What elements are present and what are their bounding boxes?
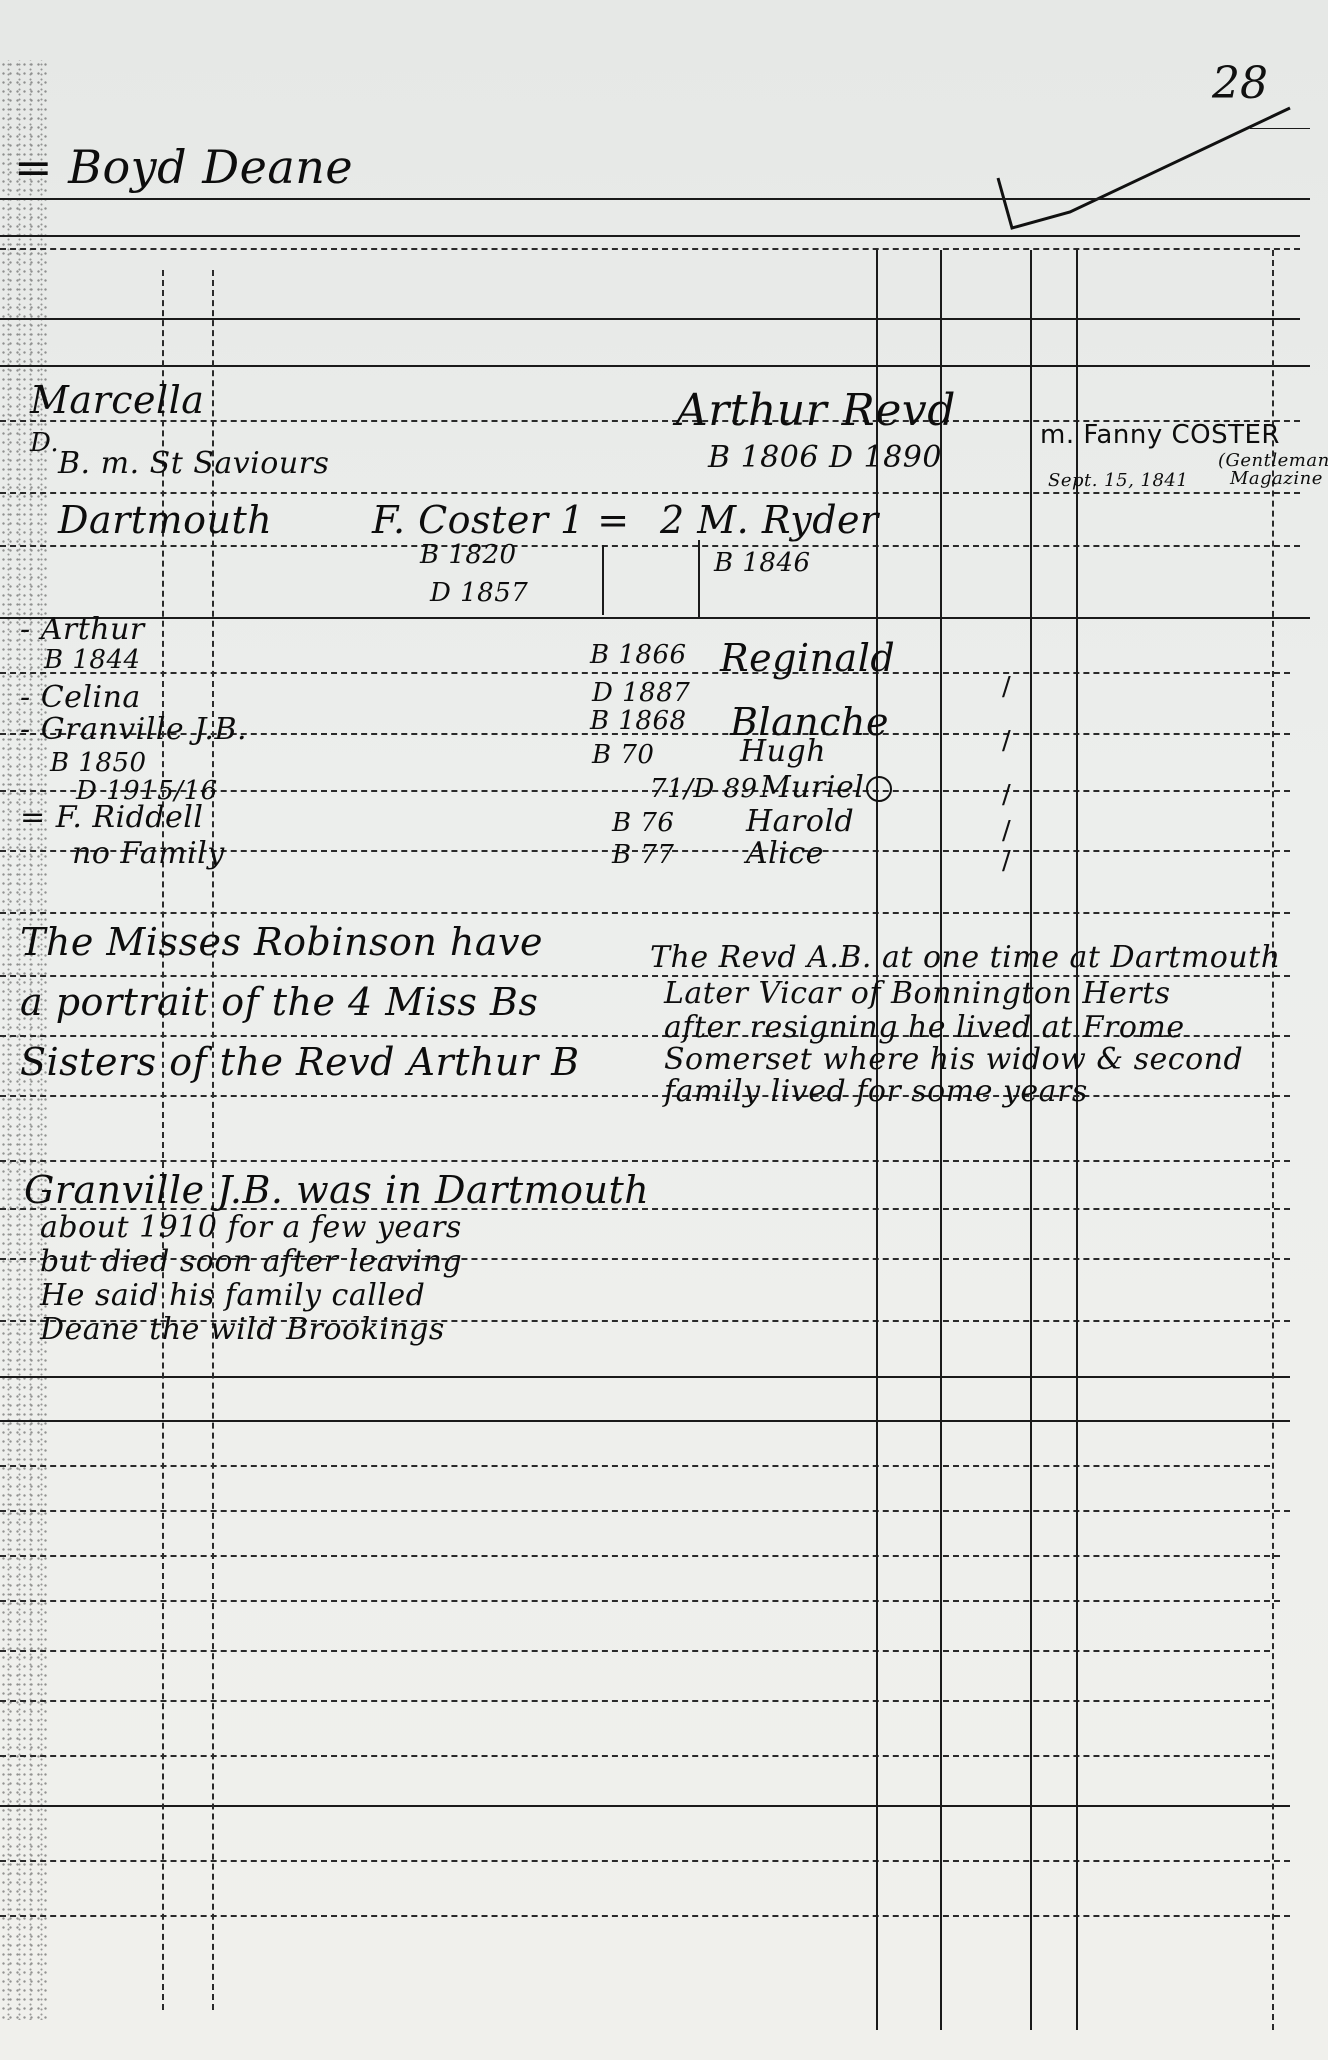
column-rule — [940, 250, 942, 2030]
father-dates: B 1806 D 1890 — [708, 440, 942, 475]
note-right-line: Later Vicar of Bonnington Herts — [664, 976, 1171, 1011]
circle-mark-icon — [866, 776, 892, 802]
marriage-note-line3: Sept. 15, 1841 — [1048, 470, 1188, 491]
child-harold-dates: B 76 — [612, 808, 674, 838]
note-bottom-line: about 1910 for a few years — [40, 1210, 462, 1245]
column-rule — [1076, 250, 1078, 2030]
child-celina: - Celina — [20, 680, 141, 715]
note-left-line: The Misses Robinson have — [20, 920, 543, 964]
note-left-line: a portrait of the 4 Miss Bs — [20, 980, 538, 1024]
rule — [0, 1465, 1270, 1467]
second-marriage: 2 M. Ryder — [660, 498, 879, 542]
child-granville-family: no Family — [72, 836, 225, 871]
child-alice: Alice — [746, 836, 824, 871]
rule — [0, 248, 1300, 250]
rule — [0, 1860, 1290, 1862]
first-wife-birth: B 1820 — [420, 540, 517, 570]
rule — [0, 1095, 1290, 1097]
child-harold: Harold — [746, 804, 854, 839]
child-granville-spouse: = F. Riddell — [20, 800, 203, 835]
note-bottom-line: but died soon after leaving — [40, 1244, 462, 1279]
child-muriel: Muriel — [760, 770, 892, 805]
child-arthur-birth: B 1844 — [44, 645, 141, 675]
rule — [0, 1555, 1280, 1557]
rule — [0, 1700, 1270, 1702]
column-rule — [1272, 250, 1274, 2030]
tick-mark: / — [1002, 672, 1011, 702]
child-hugh-dates: B 70 — [592, 740, 654, 770]
first-wife-death: D 1857 — [430, 578, 528, 608]
rule — [0, 1160, 1290, 1162]
first-wife-name: F. Coster — [372, 498, 548, 542]
tick-mark: / — [1002, 780, 1011, 810]
rule — [0, 545, 1300, 547]
rule — [0, 617, 1310, 619]
tick-mark: / — [1002, 846, 1011, 876]
child-reginald-dates: B 1866 — [590, 640, 687, 670]
marriage-note-line4: Magazine — [1230, 468, 1323, 489]
checkmark-icon — [990, 100, 1310, 270]
bracket-line — [602, 545, 604, 615]
child-blanche-dates: B 1868 — [590, 706, 687, 736]
rule — [0, 1650, 1270, 1652]
marriage-marker-1: 1 = — [560, 498, 630, 542]
note-right-line: after resigning he lived at Frome — [664, 1010, 1185, 1045]
note-right-line: Somerset where his widow & second — [664, 1042, 1243, 1077]
child-alice-dates: B 77 — [612, 840, 674, 870]
note-bottom-line: He said his family called — [40, 1278, 425, 1313]
mother-name: Marcella — [30, 378, 204, 422]
note-left-line: Sisters of the Revd Arthur B — [20, 1040, 580, 1084]
rule — [0, 1420, 1290, 1422]
child-granville-birth: B 1850 — [50, 748, 147, 778]
child-reginald-death: D 1887 — [592, 678, 690, 708]
child-arthur: - Arthur — [20, 612, 145, 647]
mother-note: D. — [30, 428, 59, 458]
mother-baptism: B. m. St Saviours — [58, 446, 329, 481]
bracket-line — [698, 540, 700, 618]
rule — [0, 1755, 1270, 1757]
second-wife-birth: B 1846 — [714, 548, 811, 578]
rule — [0, 318, 1300, 320]
surname-heading: = Boyd Deane — [14, 140, 353, 194]
rule — [0, 672, 1290, 674]
note-bottom-line: Granville J.B. was in Dartmouth — [24, 1168, 649, 1212]
rule — [0, 1915, 1290, 1917]
rule — [0, 365, 1310, 367]
note-right-line: family lived for some years — [664, 1074, 1088, 1109]
tick-mark: / — [1002, 816, 1011, 846]
note-bottom-line: Deane the wild Brookings — [40, 1312, 445, 1347]
tick-mark: / — [1002, 726, 1011, 756]
note-right-line: The Revd A.B. at one time at Dartmouth — [650, 940, 1281, 975]
child-muriel-dates: 71/D 89 — [650, 774, 758, 804]
rule — [0, 1805, 1290, 1807]
mother-place: Dartmouth — [58, 498, 272, 542]
child-granville: - Granville J.B. — [20, 712, 247, 747]
rule — [0, 235, 1300, 237]
child-reginald: Reginald — [720, 636, 895, 680]
rule — [0, 1600, 1280, 1602]
column-rule — [1030, 250, 1032, 2030]
ledger-page: 28 = Boyd Deane Marcella D. B. m. St S — [0, 0, 1328, 2060]
child-hugh: Hugh — [740, 734, 826, 769]
rule — [0, 912, 1290, 914]
rule — [0, 198, 1310, 200]
marriage-note-line1: m. Fanny COSTER — [1040, 420, 1280, 450]
father-name: Arthur Revd — [676, 385, 956, 436]
rule — [0, 1510, 1290, 1512]
rule — [0, 1376, 1290, 1378]
rule — [0, 492, 1300, 494]
